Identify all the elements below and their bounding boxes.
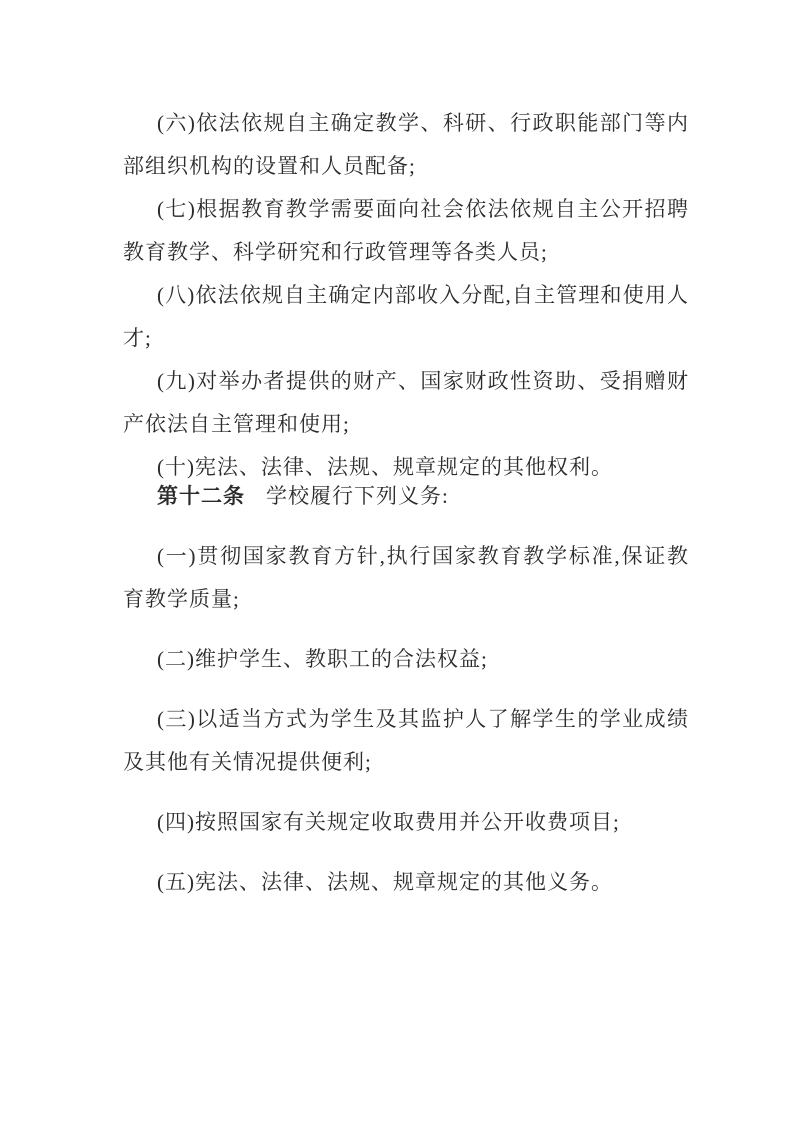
clause-obligation-2: (二)维护学生、教职工的合法权益;	[123, 638, 689, 681]
clause-right-6: (六)依法依规自主确定教学、科研、行政职能部门等内部组织机构的设置和人员配备;	[123, 102, 689, 188]
article-title: 学校履行下列义务:	[266, 484, 449, 508]
clause-obligation-4: (四)按照国家有关规定收取费用并公开收费项目;	[123, 801, 689, 844]
clause-right-7: (七)根据教育教学需要面向社会依法依规自主公开招聘教育教学、科学研究和行政管理等…	[123, 188, 689, 274]
rights-list: (六)依法依规自主确定教学、科研、行政职能部门等内部组织机构的设置和人员配备; …	[123, 102, 689, 489]
article-number: 第十二条	[157, 484, 245, 508]
obligations-list: (一)贯彻国家教育方针,执行国家教育教学标准,保证教育教学质量; (二)维护学生…	[123, 535, 689, 904]
clause-obligation-5: (五)宪法、法律、法规、规章规定的其他义务。	[123, 861, 689, 904]
document-page: (六)依法依规自主确定教学、科研、行政职能部门等内部组织机构的设置和人员配备; …	[0, 0, 800, 1132]
clause-right-8: (八)依法依规自主确定内部收入分配,自主管理和使用人才;	[123, 274, 689, 360]
clause-obligation-1: (一)贯彻国家教育方针,执行国家教育教学标准,保证教育教学质量;	[123, 535, 689, 621]
clause-obligation-3: (三)以适当方式为学生及其监护人了解学生的学业成绩及其他有关情况提供便利;	[123, 698, 689, 784]
clause-right-9: (九)对举办者提供的财产、国家财政性资助、受捐赠财产依法自主管理和使用;	[123, 360, 689, 446]
page-content: (六)依法依规自主确定教学、科研、行政职能部门等内部组织机构的设置和人员配备; …	[123, 102, 689, 904]
